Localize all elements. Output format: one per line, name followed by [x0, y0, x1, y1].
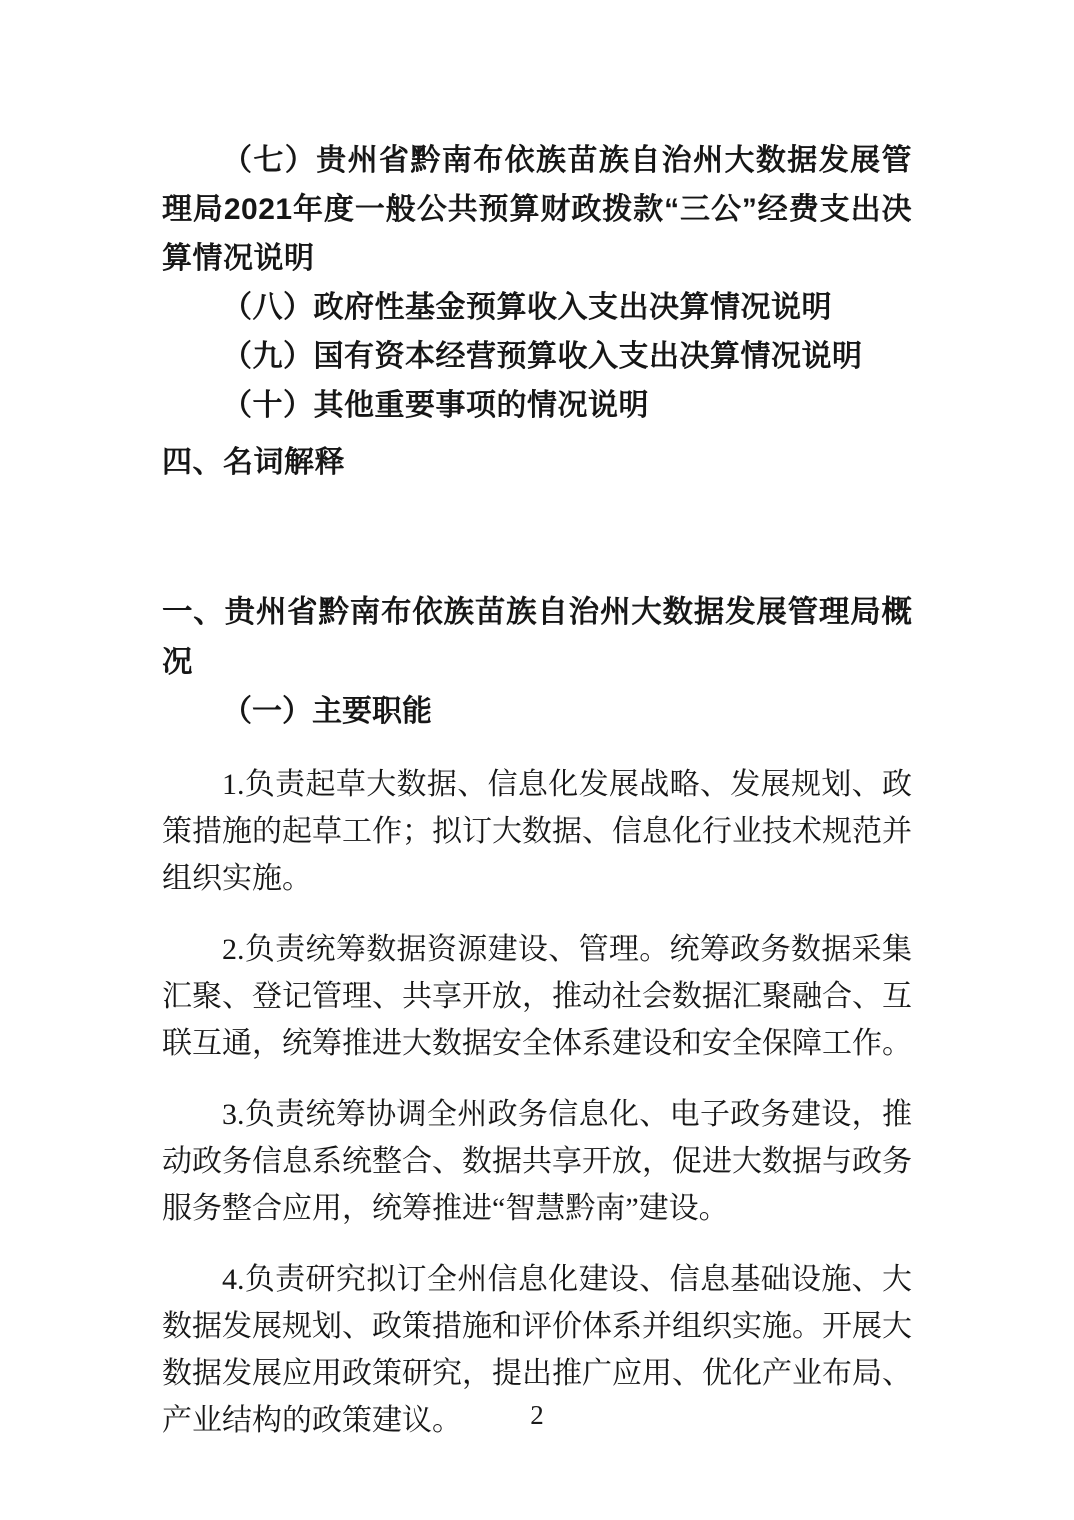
section-one-heading: 一、贵州省黔南布依族苗族自治州大数据发展管理局概况	[162, 587, 912, 687]
body-paragraph-1: 1.负责起草大数据、信息化发展战略、发展规划、政策措施的起草工作；拟订大数据、信…	[162, 761, 912, 902]
body-paragraph-3: 3.负责统筹协调全州政务信息化、电子政务建设，推动政务信息系统整合、数据共享开放…	[162, 1091, 912, 1232]
toc-item-10: （十）其他重要事项的情况说明	[162, 381, 912, 430]
subsection-heading-main-duties: （一）主要职能	[162, 687, 912, 737]
document-page: （七）贵州省黔南布依族苗族自治州大数据发展管理局2021年度一般公共预算财政拨款…	[0, 0, 1074, 1520]
toc-item-9: （九）国有资本经营预算收入支出决算情况说明	[162, 332, 912, 381]
toc-section-four: 四、名词解释	[162, 438, 912, 487]
body-paragraph-2: 2.负责统筹数据资源建设、管理。统筹政务数据采集汇聚、登记管理、共享开放，推动社…	[162, 926, 912, 1067]
toc-item-7: （七）贵州省黔南布依族苗族自治州大数据发展管理局2021年度一般公共预算财政拨款…	[162, 136, 912, 283]
page-number: 2	[0, 1400, 1074, 1430]
toc-item-8: （八）政府性基金预算收入支出决算情况说明	[162, 283, 912, 332]
document-content: （七）贵州省黔南布依族苗族自治州大数据发展管理局2021年度一般公共预算财政拨款…	[162, 136, 912, 1444]
